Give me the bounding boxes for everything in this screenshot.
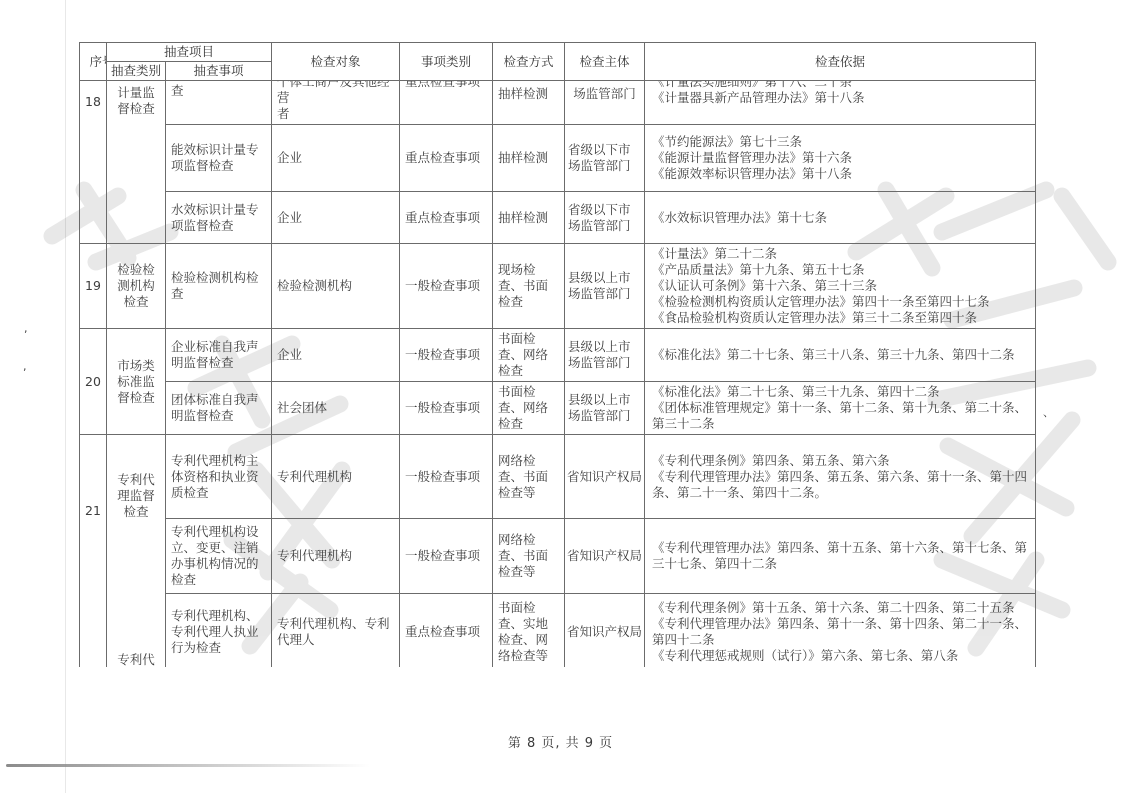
row-number-repeat: 21 xyxy=(80,664,106,667)
cell-20-2-basis: 《标准化法》第二十七条、第三十九条、第四十二条 《团体标准管理规定》第十一条、第… xyxy=(645,382,1036,435)
cell-20-2-subject: 县级以上市场监管部门 xyxy=(565,382,645,435)
cell-18-3-method: 抽样检测 xyxy=(493,192,565,244)
cell-21-1-item: 专利代理机构主体资格和执业资质检查 xyxy=(166,435,272,519)
cell-21-2-method: 网络检查、书面检查等 xyxy=(493,519,565,594)
cell-19-1-subject: 县级以上市场监管部门 xyxy=(565,244,645,329)
cell-18-1-method: 抽样检测 xyxy=(493,81,565,125)
cell-19-1-basis: 《计量法》第二十二条 《产品质量法》第十九条、第五十七条 《认证认可条例》第十六… xyxy=(645,244,1036,329)
cell-18-3-type: 重点检查事项 xyxy=(400,192,493,244)
cell-21-1-basis: 《专利代理条例》第四条、第五条、第六条 《专利代理管理办法》第四条、第五条、第六… xyxy=(645,435,1036,519)
cell-18-3-subject: 省级以下市场监管部门 xyxy=(565,192,645,244)
table-row: 19 检验检测机构检查 检验检测机构检查 检验检测机构 一般检查事项 现场检查、… xyxy=(80,244,1036,329)
cell-21-2-type: 一般检查事项 xyxy=(400,519,493,594)
cell-no-19: 19 xyxy=(80,244,107,329)
cell-18-3-basis: 《水效标识管理办法》第十七条 xyxy=(645,192,1036,244)
table-row: 20 市场类标准监督检查 企业标准自我声明监督检查 企业 一般检查事项 书面检查… xyxy=(80,329,1036,382)
cell-category-20: 市场类标准监督检查 xyxy=(107,329,166,435)
margin-mark: , xyxy=(23,360,27,373)
cell-18-1-subject: 场监管部门 xyxy=(565,81,645,125)
cell-20-1-object: 企业 xyxy=(272,329,400,382)
cell-21-2-basis: 《专利代理管理办法》第四条、第十五条、第十六条、第十七条、第三十七条、第四十二条 xyxy=(645,519,1036,594)
cell-20-2-method: 书面检查、网络检查 xyxy=(493,382,565,435)
cell-19-1-method: 现场检查、书面检查 xyxy=(493,244,565,329)
scan-bottom-line xyxy=(6,764,370,767)
cell-20-2-type: 一般检查事项 xyxy=(400,382,493,435)
cell-20-1-basis: 《标准化法》第二十七条、第三十八条、第三十九条、第四十二条 xyxy=(645,329,1036,382)
cell-21-2-subject: 省知识产权局 xyxy=(565,519,645,594)
stray-mark: 、 xyxy=(1043,404,1054,420)
cell-21-3-item: 专利代理机构、专利代理人执业行为检查 xyxy=(166,594,272,668)
cell-20-1-item: 企业标准自我声明监督检查 xyxy=(166,329,272,382)
cell-category-21: 专利代理监督检查 专利代理监督 xyxy=(107,435,166,668)
cell-21-1-method: 网络检查、书面检查等 xyxy=(493,435,565,519)
cell-19-1-item: 检验检测机构检查 xyxy=(166,244,272,329)
cell-18-2-basis: 《节约能源法》第七十三条 《能源计量监督管理办法》第十六条 《能源效率标识管理办… xyxy=(645,125,1036,192)
cell-18-2-item: 能效标识计量专项监督检查 xyxy=(166,125,272,192)
header-row-1: 序号 抽查项目 检查对象 事项类别 检查方式 检查主体 检查依据 xyxy=(80,43,1036,62)
margin-mark: , xyxy=(24,322,28,335)
cell-21-3-type: 重点检查事项 xyxy=(400,594,493,668)
cell-18-3-item: 水效标识计量专项监督检查 xyxy=(166,192,272,244)
cell-no-21: 21 21 xyxy=(80,435,107,668)
cell-19-1-type: 一般检查事项 xyxy=(400,244,493,329)
header-method: 检查方式 xyxy=(493,43,565,81)
cell-21-1-type: 一般检查事项 xyxy=(400,435,493,519)
scan-edge-line xyxy=(65,0,66,793)
cell-no-20: 20 xyxy=(80,329,107,435)
page-footer: 第 8 页, 共 9 页 xyxy=(0,732,1121,751)
cell-21-2-item: 专利代理机构设立、变更、注销办事机构情况的检查 xyxy=(166,519,272,594)
cell-18-1-type: 重点检查事项 xyxy=(400,81,493,125)
row-number: 21 xyxy=(80,503,106,519)
header-category: 抽查类别 xyxy=(107,62,166,81)
header-no: 序号 xyxy=(80,43,107,81)
cell-18-1-basis: 《计量法实施细则》第十八、二十条 《计量器具新产品管理办法》第十八条 xyxy=(645,81,1036,125)
header-subject: 检查主体 xyxy=(565,43,645,81)
cell-21-1-object: 专利代理机构 xyxy=(272,435,400,519)
cell-19-1-object: 检验检测机构 xyxy=(272,244,400,329)
cell-20-1-subject: 县级以上市场监管部门 xyxy=(565,329,645,382)
table-row: 18 计量监督检查 查 个体工商户及其他经营 者 重点检查事项 抽样检测 场监管… xyxy=(80,81,1036,125)
cell-21-3-basis: 《专利代理条例》第十五条、第十六条、第二十四条、第二十五条 《专利代理管理办法》… xyxy=(645,594,1036,668)
header-object: 检查对象 xyxy=(272,43,400,81)
cell-18-2-method: 抽样检测 xyxy=(493,125,565,192)
header-group: 抽查项目 xyxy=(107,43,272,62)
cell-18-1-item: 查 xyxy=(166,81,272,125)
category-label-repeat: 专利代理监督 xyxy=(107,652,165,667)
cell-21-1-subject: 省知识产权局 xyxy=(565,435,645,519)
table-row: 水效标识计量专项监督检查 企业 重点检查事项 抽样检测 省级以下市场监管部门 《… xyxy=(80,192,1036,244)
cell-category-18: 计量监督检查 xyxy=(107,81,166,244)
header-type: 事项类别 xyxy=(400,43,493,81)
cell-20-2-item: 团体标准自我声明监督检查 xyxy=(166,382,272,435)
cell-18-2-object: 企业 xyxy=(272,125,400,192)
cell-category-19: 检验检测机构检查 xyxy=(107,244,166,329)
header-basis: 检查依据 xyxy=(645,43,1036,81)
table-row: 专利代理机构、专利代理人执业行为检查 专利代理机构、专利代理人 重点检查事项 书… xyxy=(80,594,1036,668)
cell-20-2-object: 社会团体 xyxy=(272,382,400,435)
table-row: 专利代理机构设立、变更、注销办事机构情况的检查 专利代理机构 一般检查事项 网络… xyxy=(80,519,1036,594)
cell-21-2-object: 专利代理机构 xyxy=(272,519,400,594)
category-label: 专利代理监督检查 xyxy=(107,472,165,520)
cell-18-2-type: 重点检查事项 xyxy=(400,125,493,192)
header-item: 抽查事项 xyxy=(166,62,272,81)
cell-18-1-object: 个体工商户及其他经营 者 xyxy=(272,81,400,125)
table-row: 团体标准自我声明监督检查 社会团体 一般检查事项 书面检查、网络检查 县级以上市… xyxy=(80,382,1036,435)
cell-18-2-subject: 省级以下市场监管部门 xyxy=(565,125,645,192)
cell-no-18: 18 xyxy=(80,81,107,244)
table-row: 能效标识计量专项监督检查 企业 重点检查事项 抽样检测 省级以下市场监管部门 《… xyxy=(80,125,1036,192)
cell-20-1-method: 书面检查、网络检查 xyxy=(493,329,565,382)
cell-20-1-type: 一般检查事项 xyxy=(400,329,493,382)
cell-18-3-object: 企业 xyxy=(272,192,400,244)
table-row: 21 21 专利代理监督检查 专利代理监督 专利代理机构主体资格和执业资质检查 … xyxy=(80,435,1036,519)
inspection-table: 序号 抽查项目 检查对象 事项类别 检查方式 检查主体 检查依据 抽查类别 抽查… xyxy=(79,42,1037,667)
cell-21-3-method: 书面检查、实地检查、网络检查等 xyxy=(493,594,565,668)
cell-21-3-subject: 省知识产权局 xyxy=(565,594,645,668)
cell-21-3-object: 专利代理机构、专利代理人 xyxy=(272,594,400,668)
